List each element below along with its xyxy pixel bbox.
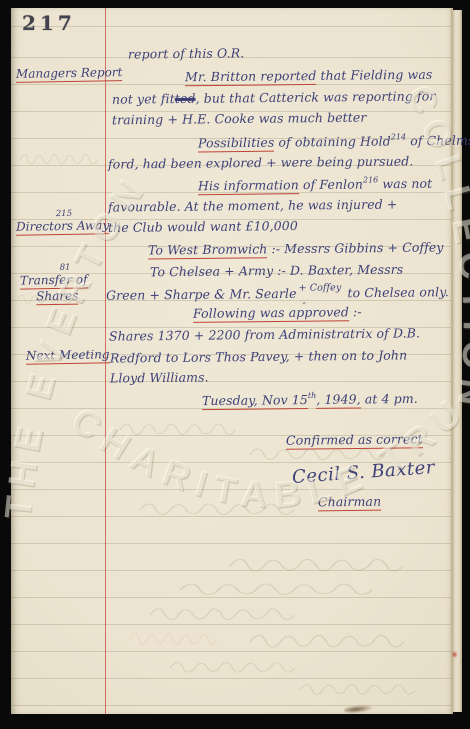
handwriting-text: that Fielding was xyxy=(316,67,432,83)
handwriting-line: favourable. At the moment, he was injure… xyxy=(108,196,398,214)
handwriting-text: To Chelsea + Army :- D. Baxter, Messrs xyxy=(150,262,403,280)
handwriting-line: not yet fitted, but that Catterick was r… xyxy=(112,88,436,106)
margin-note-label: Shares xyxy=(36,289,78,306)
handwriting-text: report of this O.R. xyxy=(128,45,244,61)
handwriting-text: Redford to Lors Thos Pavey, + then on to… xyxy=(110,347,407,365)
handwriting-line: Following was approved :- xyxy=(193,304,362,321)
handwriting-line: training + H.E. Cooke was much better xyxy=(112,110,367,128)
handwriting-text: of Chelms- xyxy=(406,133,470,149)
handwriting-line: ford, had been explored + were being pur… xyxy=(108,153,414,171)
handwriting-text: Lloyd Williams. xyxy=(110,369,209,385)
handwriting-text: + Coffey xyxy=(298,282,341,293)
handwriting-layer: report of this O.R.Mr. Britton reported … xyxy=(0,0,470,729)
handwriting-text: favourable. At the moment, he was injure… xyxy=(108,196,398,214)
handwriting-text: Chairman xyxy=(318,494,381,512)
handwriting-text: ted xyxy=(175,91,196,106)
handwriting-text: Cecil S. Baxter xyxy=(291,457,435,488)
edge-red-mark xyxy=(452,650,457,659)
handwriting-text: :- Messrs Gibbins + Coffey xyxy=(267,239,443,256)
handwriting-line: Lloyd Williams. xyxy=(110,369,209,385)
handwriting-line: Confirmed as correct xyxy=(286,431,423,447)
margin-note-label: Directors Away xyxy=(16,218,109,236)
handwriting-line: report of this O.R. xyxy=(128,45,244,61)
handwriting-text: was not xyxy=(378,176,432,192)
handwriting-text: the Club would want £10,000 xyxy=(108,218,298,235)
handwriting-text: to Chelsea only. xyxy=(343,284,449,300)
handwriting-line: the Club would want £10,000 xyxy=(108,218,298,235)
handwriting-line: Redford to Lors Thos Pavey, + then on to… xyxy=(110,347,407,365)
handwriting-line: Tuesday, Nov 15th, 1949, at 4 pm. xyxy=(202,390,418,408)
handwriting-text: of Fenlon xyxy=(299,176,363,192)
handwriting-text: 214 xyxy=(391,132,406,141)
handwriting-line: Green + Sharpe & Mr. Searle+ Coffey to C… xyxy=(106,281,449,303)
handwriting-text: training + H.E. Cooke was much better xyxy=(112,110,367,128)
handwriting-text: Tuesday, Nov 15 xyxy=(202,392,308,410)
handwriting-text: Possibilities xyxy=(198,135,275,153)
margin-note-label: Next Meeting xyxy=(26,347,110,364)
margin-note-managers-report: Managers Report xyxy=(16,65,123,83)
handwriting-line: Possibilities of obtaining Hold214 of Ch… xyxy=(198,132,470,151)
handwriting-text: Confirmed as correct xyxy=(286,431,423,449)
handwriting-text: Green + Sharpe & Mr. Searle xyxy=(106,286,297,303)
handwriting-text: Mr. Britton reported xyxy=(185,68,317,86)
handwriting-text: not yet fit xyxy=(112,91,175,107)
handwriting-text: , but that Catterick was reporting for xyxy=(195,88,435,106)
handwriting-line: Shares 1370 + 2200 from Administratrix o… xyxy=(109,325,420,343)
margin-note-next-meeting: Next Meeting xyxy=(26,347,110,364)
handwriting-text: Shares 1370 + 2200 from Administratrix o… xyxy=(109,325,420,343)
handwriting-text: Following was approved xyxy=(193,304,349,323)
chairman-signature: Cecil S. Baxter xyxy=(291,457,435,488)
margin-note-transfer-of-shares: 81Transfer ofShares xyxy=(20,263,88,305)
handwriting-text: To West Bromwich xyxy=(148,241,268,259)
handwriting-text: , 1949, xyxy=(316,391,361,408)
handwriting-line: His information of Fenlon216 was not xyxy=(198,175,432,193)
handwriting-text: His information xyxy=(198,177,299,195)
handwriting-line: Chairman xyxy=(318,494,381,510)
handwriting-line: Mr. Britton reported that Fielding was xyxy=(185,67,433,85)
handwriting-text: ford, had been explored + were being pur… xyxy=(108,153,414,171)
handwriting-text: 216 xyxy=(363,175,378,184)
margin-note-directors-away: 215Directors Away xyxy=(16,209,110,236)
handwriting-text: at 4 pm. xyxy=(361,391,418,407)
margin-note-label: Managers Report xyxy=(16,65,123,83)
margin-note-label: Transfer of xyxy=(20,272,88,289)
handwriting-text: of obtaining Hold xyxy=(274,133,391,149)
handwriting-line: To West Bromwich :- Messrs Gibbins + Cof… xyxy=(148,239,444,257)
minute-book-photo: { "colors": { "paper": "#ece4d0", "ink":… xyxy=(0,0,470,729)
handwriting-text: :- xyxy=(349,304,362,319)
handwriting-line: To Chelsea + Army :- D. Baxter, Messrs xyxy=(150,262,403,280)
